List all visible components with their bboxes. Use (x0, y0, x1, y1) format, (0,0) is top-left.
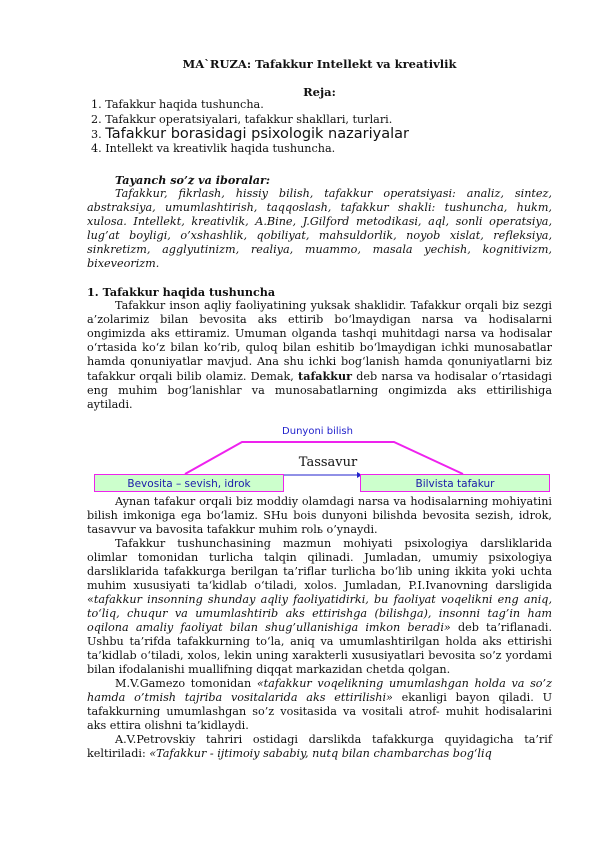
diagram-top-label: Dunyoni bilish (270, 426, 365, 437)
bold-term: tafakkur (298, 369, 352, 383)
connector-line (185, 442, 463, 474)
paragraph: A.V.Petrovskiy tahriri ostidagi darslikd… (87, 733, 552, 761)
diagram-box-right: Bilvista tafakur (360, 474, 550, 492)
paragraph: Tafakkur inson aqliy faoliyatining yuksa… (87, 299, 552, 412)
plan-item: 1. Tafakkur haqida tushuncha. (91, 98, 551, 113)
keywords-section: Tayanch so’z va iboralar: Tafakkur, fikr… (87, 173, 552, 271)
arrowhead-icon (357, 472, 362, 478)
plan-list: 1. Tafakkur haqida tushuncha. 2. Tafakku… (91, 98, 551, 156)
diagram-box-left: Bevosita – sevish, idrok (94, 474, 284, 492)
paragraph: Aynan tafakur orqali biz moddiy olamdagi… (87, 495, 552, 537)
plan-item: 4. Intellekt va kreativlik haqida tushun… (91, 142, 551, 157)
diagram-center-label: Tassavur (288, 455, 368, 470)
paragraph: M.V.Gamezo tomonidan «tafakkur voqelikni… (87, 677, 552, 733)
section-1: 1. Tafakkur haqida tushuncha Tafakkur in… (87, 285, 552, 412)
paragraph: Tafakkur tushunchasining mazmun mohiyati… (87, 537, 552, 677)
body-after-diagram: Aynan tafakur orqali biz moddiy olamdagi… (87, 495, 552, 761)
section-heading: 1. Tafakkur haqida tushuncha (87, 285, 552, 299)
keywords-text: Tafakkur, fikrlash, hissiy bilish, tafak… (87, 187, 552, 271)
keywords-heading: Tayanch so’z va iboralar: (87, 173, 552, 187)
document-title: MA`RUZA: Tafakkur Intellekt va kreativli… (87, 57, 552, 71)
plan-heading: Reja: (87, 85, 552, 99)
plan-item: 3. Tafakkur borasidagi psixologik nazari… (91, 127, 551, 142)
plan-item: 2. Tafakkur operatsiyalari, tafakkur sha… (91, 113, 551, 128)
